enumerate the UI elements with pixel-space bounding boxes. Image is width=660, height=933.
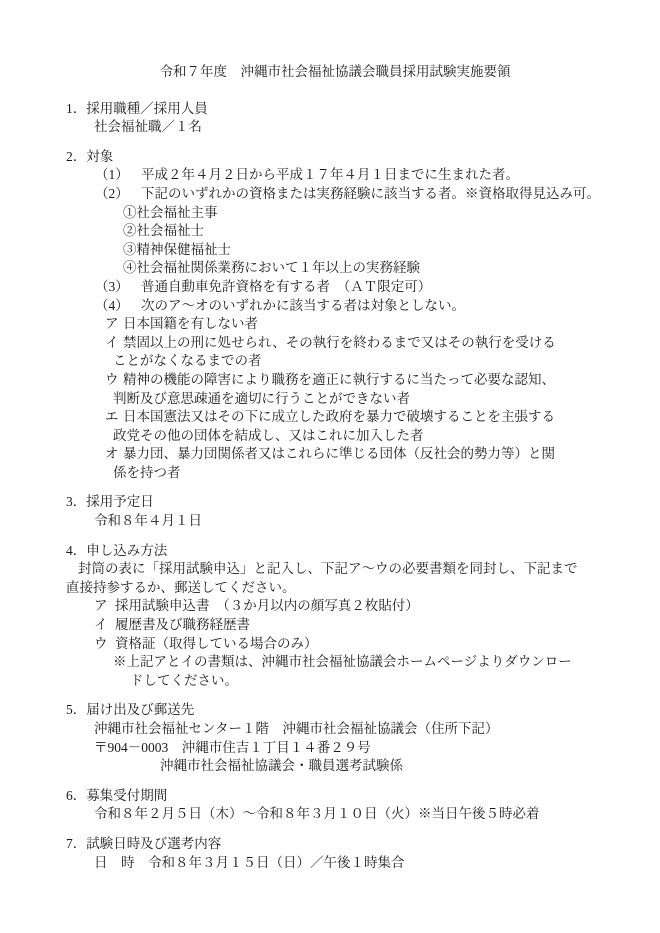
doc-line: ※上記アとイの書類は、沖縄市社会福祉協議会ホームページよりダウンロー	[113, 653, 604, 672]
section-heading: 1．採用職種／採用人員	[66, 100, 604, 119]
section-mailing-address: 5．届け出及び郵送先 沖縄市社会福祉センター１階 沖縄市社会福祉協議会（住所下記…	[66, 701, 604, 775]
section-application-method: 4．申し込み方法 封筒の表に「採用試験申込」と記入し、下記ア～ウの必要書類を同封…	[66, 542, 604, 691]
list-marker: イ	[94, 616, 115, 635]
doc-line: ①社会福祉主事	[123, 204, 604, 223]
line-text: 普通自動車免許資格を有する者 （ＡＴ限定可）	[141, 279, 431, 294]
doc-line: 沖縄市社会福祉協議会・職員選考試験係	[160, 757, 604, 776]
doc-line: 令和８年４月１日	[94, 512, 604, 531]
doc-line: 日 時 令和８年３月１５日（日）／午後１時集合	[94, 854, 604, 873]
doc-line: ③精神保健福祉士	[123, 241, 604, 260]
section-heading: 7．試験日時及び選考内容	[66, 835, 604, 854]
doc-line: イ禁固以上の刑に処せられ、その執行を終わるまで又はその執行を受ける	[105, 334, 604, 353]
doc-line: （3）普通自動車免許資格を有する者 （ＡＴ限定可）	[95, 278, 604, 297]
section-heading: 3．採用予定日	[66, 493, 604, 512]
list-marker: ウ	[94, 635, 115, 654]
list-marker: オ	[105, 445, 123, 464]
line-text: 履歴書及び職務経歴書	[115, 617, 250, 632]
line-text: 次のア～オのいずれかに該当する者は対象としない。	[141, 298, 465, 313]
line-text: 資格証（取得している場合のみ）	[115, 636, 318, 651]
line-text: 精神の機能の障害により職務を適正に執行するに当たって必要な認知、	[123, 372, 555, 387]
line-text: 禁固以上の刑に処せられ、その執行を終わるまで又はその執行を受ける	[123, 335, 556, 350]
doc-line: オ暴力団、暴力団関係者又はこれらに準じる団体（反社会的勢力等）と関	[105, 445, 604, 464]
doc-line: 直接持参するか、郵送してください。	[66, 579, 604, 598]
doc-line: ことがなくなるまでの者	[113, 352, 604, 371]
list-marker: イ	[105, 334, 123, 353]
document-page: 令和７年度 沖縄市社会福祉協議会職員採用試験実施要領 1．採用職種／採用人員 社…	[0, 0, 660, 933]
doc-line: 係を持つ者	[113, 464, 604, 483]
doc-line: ウ資格証（取得している場合のみ）	[94, 635, 604, 654]
list-marker: ア	[94, 597, 115, 616]
list-marker: （4）	[95, 297, 141, 316]
doc-line: ア採用試験申込書 （３か月以内の顔写真２枚貼付）	[94, 597, 604, 616]
doc-line: （1）平成２年４月２日から平成１７年４月１日までに生まれた者。	[95, 166, 604, 185]
doc-line: ②社会福祉士	[123, 222, 604, 241]
doc-line: 沖縄市社会福祉センター１階 沖縄市社会福祉協議会（住所下記）	[94, 720, 604, 739]
doc-line: ④社会福祉関係業務において１年以上の実務経験	[123, 259, 604, 278]
doc-line: イ履歴書及び職務経歴書	[94, 616, 604, 635]
doc-line: 令和８年２月５日（木）～令和８年３月１０日（火）※当日午後５時必着	[94, 805, 604, 824]
list-marker: （1）	[95, 166, 141, 185]
section-exam-schedule: 7．試験日時及び選考内容 日 時 令和８年３月１５日（日）／午後１時集合	[66, 835, 604, 872]
section-eligibility: 2．対象 （1）平成２年４月２日から平成１７年４月１日までに生まれた者。 （2）…	[66, 148, 604, 483]
section-heading: 6．募集受付期間	[66, 787, 604, 806]
doc-line: （4）次のア～オのいずれかに該当する者は対象としない。	[95, 297, 604, 316]
page-title: 令和７年度 沖縄市社会福祉協議会職員採用試験実施要領	[66, 63, 604, 82]
line-text: 下記のいずれかの資格または実務経験に該当する者。※資格取得見込み可。	[141, 186, 600, 201]
line-text: 採用試験申込書 （３か月以内の顔写真２枚貼付）	[115, 598, 419, 613]
doc-line: 判断及び意思疎通を適切に行うことができない者	[113, 390, 604, 409]
line-text: 平成２年４月２日から平成１７年４月１日までに生まれた者。	[141, 167, 519, 182]
section-heading: 4．申し込み方法	[66, 542, 604, 561]
doc-line: 社会福祉職／１名	[94, 118, 604, 137]
section-hire-date: 3．採用予定日 令和８年４月１日	[66, 493, 604, 530]
section-heading: 2．対象	[66, 148, 604, 167]
line-text: 日本国籍を有しない者	[123, 316, 258, 331]
list-marker: ア	[105, 315, 123, 334]
section-application-period: 6．募集受付期間 令和８年２月５日（木）～令和８年３月１０日（火）※当日午後５時…	[66, 787, 604, 824]
doc-line: ウ精神の機能の障害により職務を適正に執行するに当たって必要な認知、	[105, 371, 604, 390]
doc-line: ドしてください。	[130, 672, 604, 691]
section-heading: 5．届け出及び郵送先	[66, 701, 604, 720]
list-marker: エ	[105, 408, 123, 427]
line-text: 暴力団、暴力団関係者又はこれらに準じる団体（反社会的勢力等）と関	[123, 446, 555, 461]
list-marker: ウ	[105, 371, 123, 390]
doc-line: （2）下記のいずれかの資格または実務経験に該当する者。※資格取得見込み可。	[95, 185, 604, 204]
doc-line: 政党その他の団体を結成し、又はこれに加入した者	[113, 427, 604, 446]
doc-line: 封筒の表に「採用試験申込」と記入し、下記ア～ウの必要書類を同封し、下記まで	[78, 560, 604, 579]
doc-line: エ日本国憲法又はその下に成立した政府を暴力で破壊することを主張する	[105, 408, 604, 427]
doc-line: 〒904－0003 沖縄市住吉１丁目１４番２９号	[94, 739, 604, 758]
list-marker: （2）	[95, 185, 141, 204]
section-recruit-type: 1．採用職種／採用人員 社会福祉職／１名	[66, 100, 604, 137]
doc-line: ア日本国籍を有しない者	[105, 315, 604, 334]
list-marker: （3）	[95, 278, 141, 297]
line-text: 日本国憲法又はその下に成立した政府を暴力で破壊することを主張する	[123, 409, 555, 424]
